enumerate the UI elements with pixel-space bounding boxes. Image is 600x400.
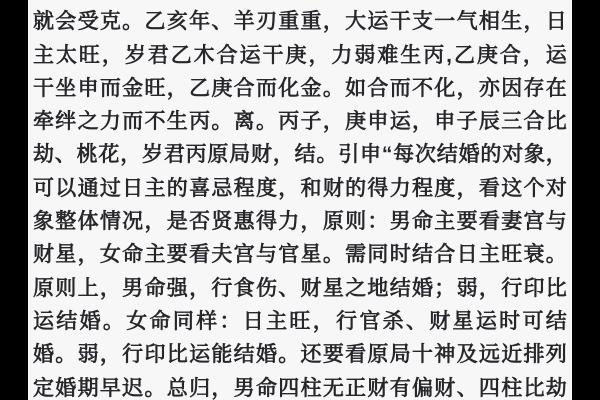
- text-line: 可以通过日主的喜忌程度，和财的得力程度，看这个对: [33, 172, 567, 205]
- letterbox-right: [572, 0, 600, 400]
- letterbox-left: [0, 0, 28, 400]
- text-line: 象整体情况，是否贤惠得力，原则：男命主要看妻宫与: [33, 205, 567, 238]
- text-line: 原则上，男命强，行食伤、财星之地结婚；弱，行印比: [33, 272, 567, 305]
- text-line: 婚。弱，行印比运能结婚。还要看原局十神及远近排列: [33, 338, 567, 371]
- text-line: 劫、桃花，岁君丙原局财，结。引申“每次结婚的对象，: [33, 138, 567, 171]
- text-column: 刃旺逢冲克，岁运并临天克地冲遇羊刃重重之年，命主 就会受克。乙亥年、羊刃重重，大…: [33, 0, 567, 400]
- text-line: 财星，女命主要看夫宫与官星。需同时结合日主旺衰。: [33, 238, 567, 271]
- text-line: 就会受克。乙亥年、羊刃重重，大运干支一气相生，日: [33, 5, 567, 38]
- text-line: 主太旺，岁君乙木合运干庚，力弱难生丙,乙庚合，运: [33, 39, 567, 72]
- text-line: 牵绊之力而不生丙。离。丙子，庚申运，申子辰三合比: [33, 105, 567, 138]
- text-line: 干坐申而金旺，乙庚合而化金。如合而不化，亦因存在: [33, 72, 567, 105]
- text-line: 定婚期早迟。总归，男命四柱无正财有偏财、四柱比劫: [33, 372, 567, 400]
- document-page: 刃旺逢冲克，岁运并临天克地冲遇羊刃重重之年，命主 就会受克。乙亥年、羊刃重重，大…: [28, 0, 572, 400]
- text-line: 运结婚。女命同样：日主旺，行官杀、财星运时可结: [33, 305, 567, 338]
